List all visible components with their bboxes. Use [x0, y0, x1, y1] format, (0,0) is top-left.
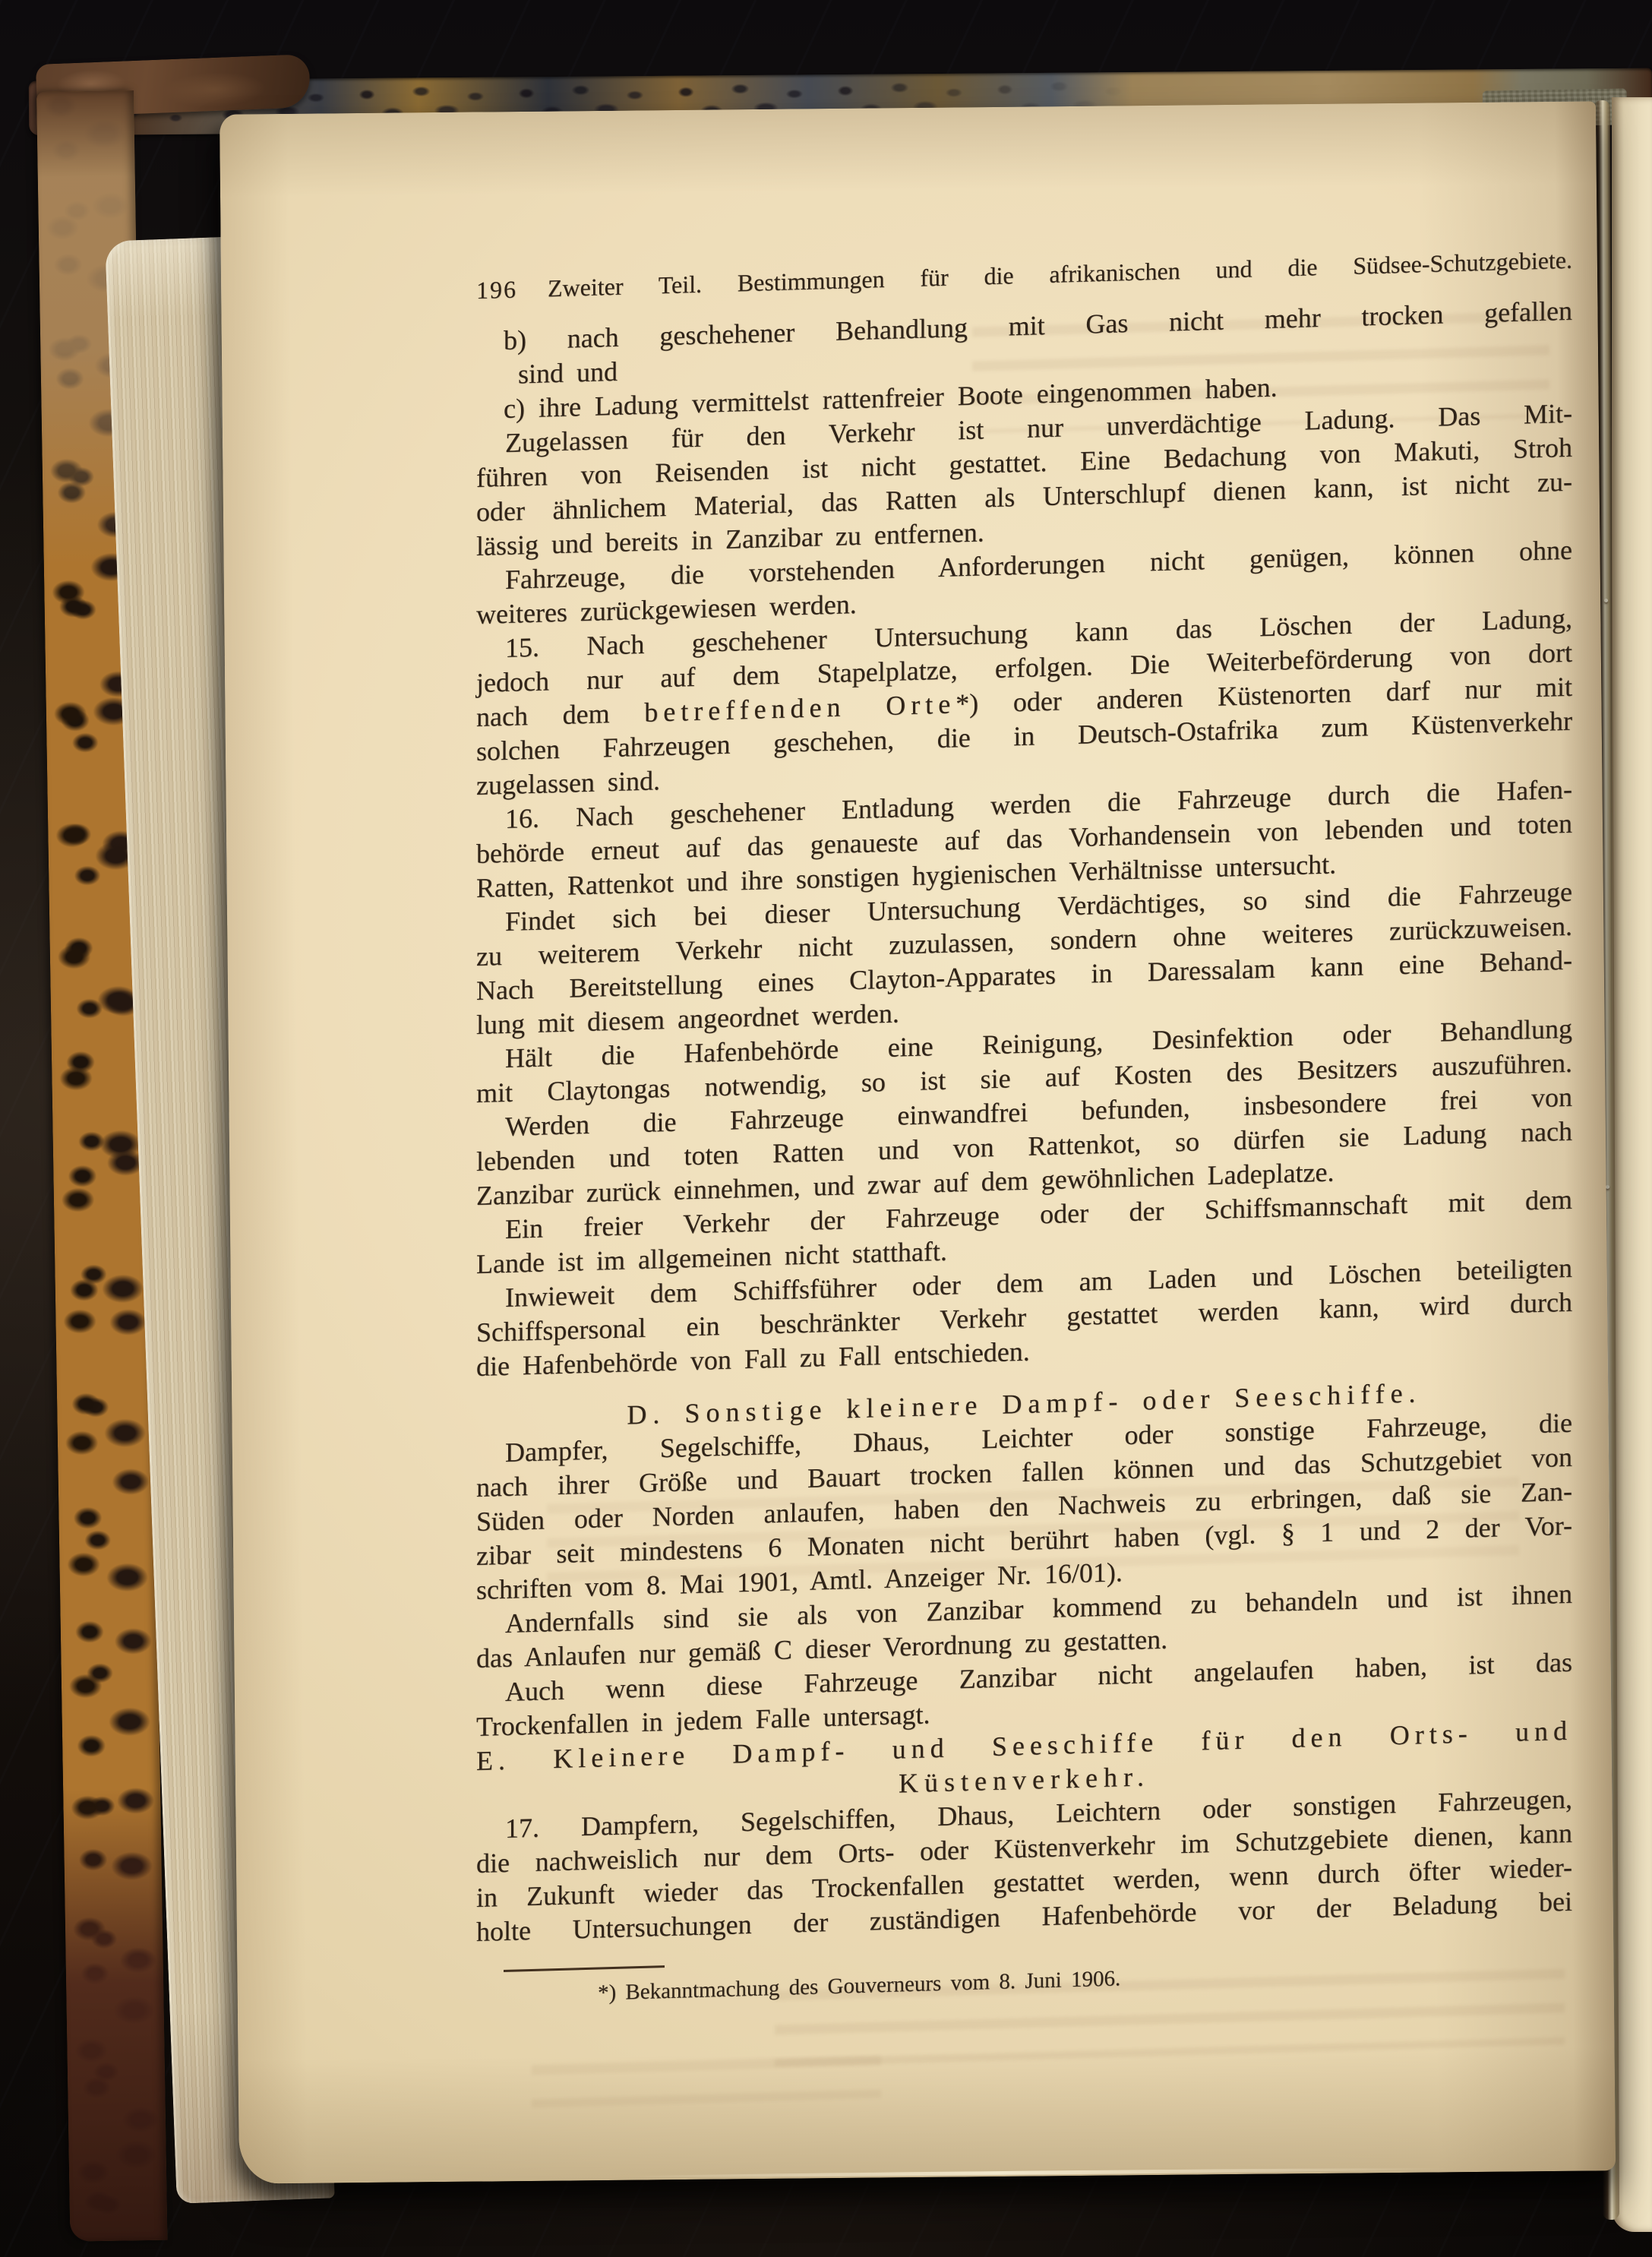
binding-thread: [1604, 599, 1608, 602]
page-number: 196: [476, 272, 517, 308]
page-text-block: 196 Zweiter Teil. Bestimmungen für die a…: [476, 243, 1572, 2012]
page-body-lines: b) nach geschehener Behandlung mit Gas n…: [476, 294, 1572, 1949]
footnote-rule: [504, 1965, 665, 1972]
line-segment: nach dem: [476, 697, 644, 732]
binding-thread: [1606, 1185, 1609, 1189]
